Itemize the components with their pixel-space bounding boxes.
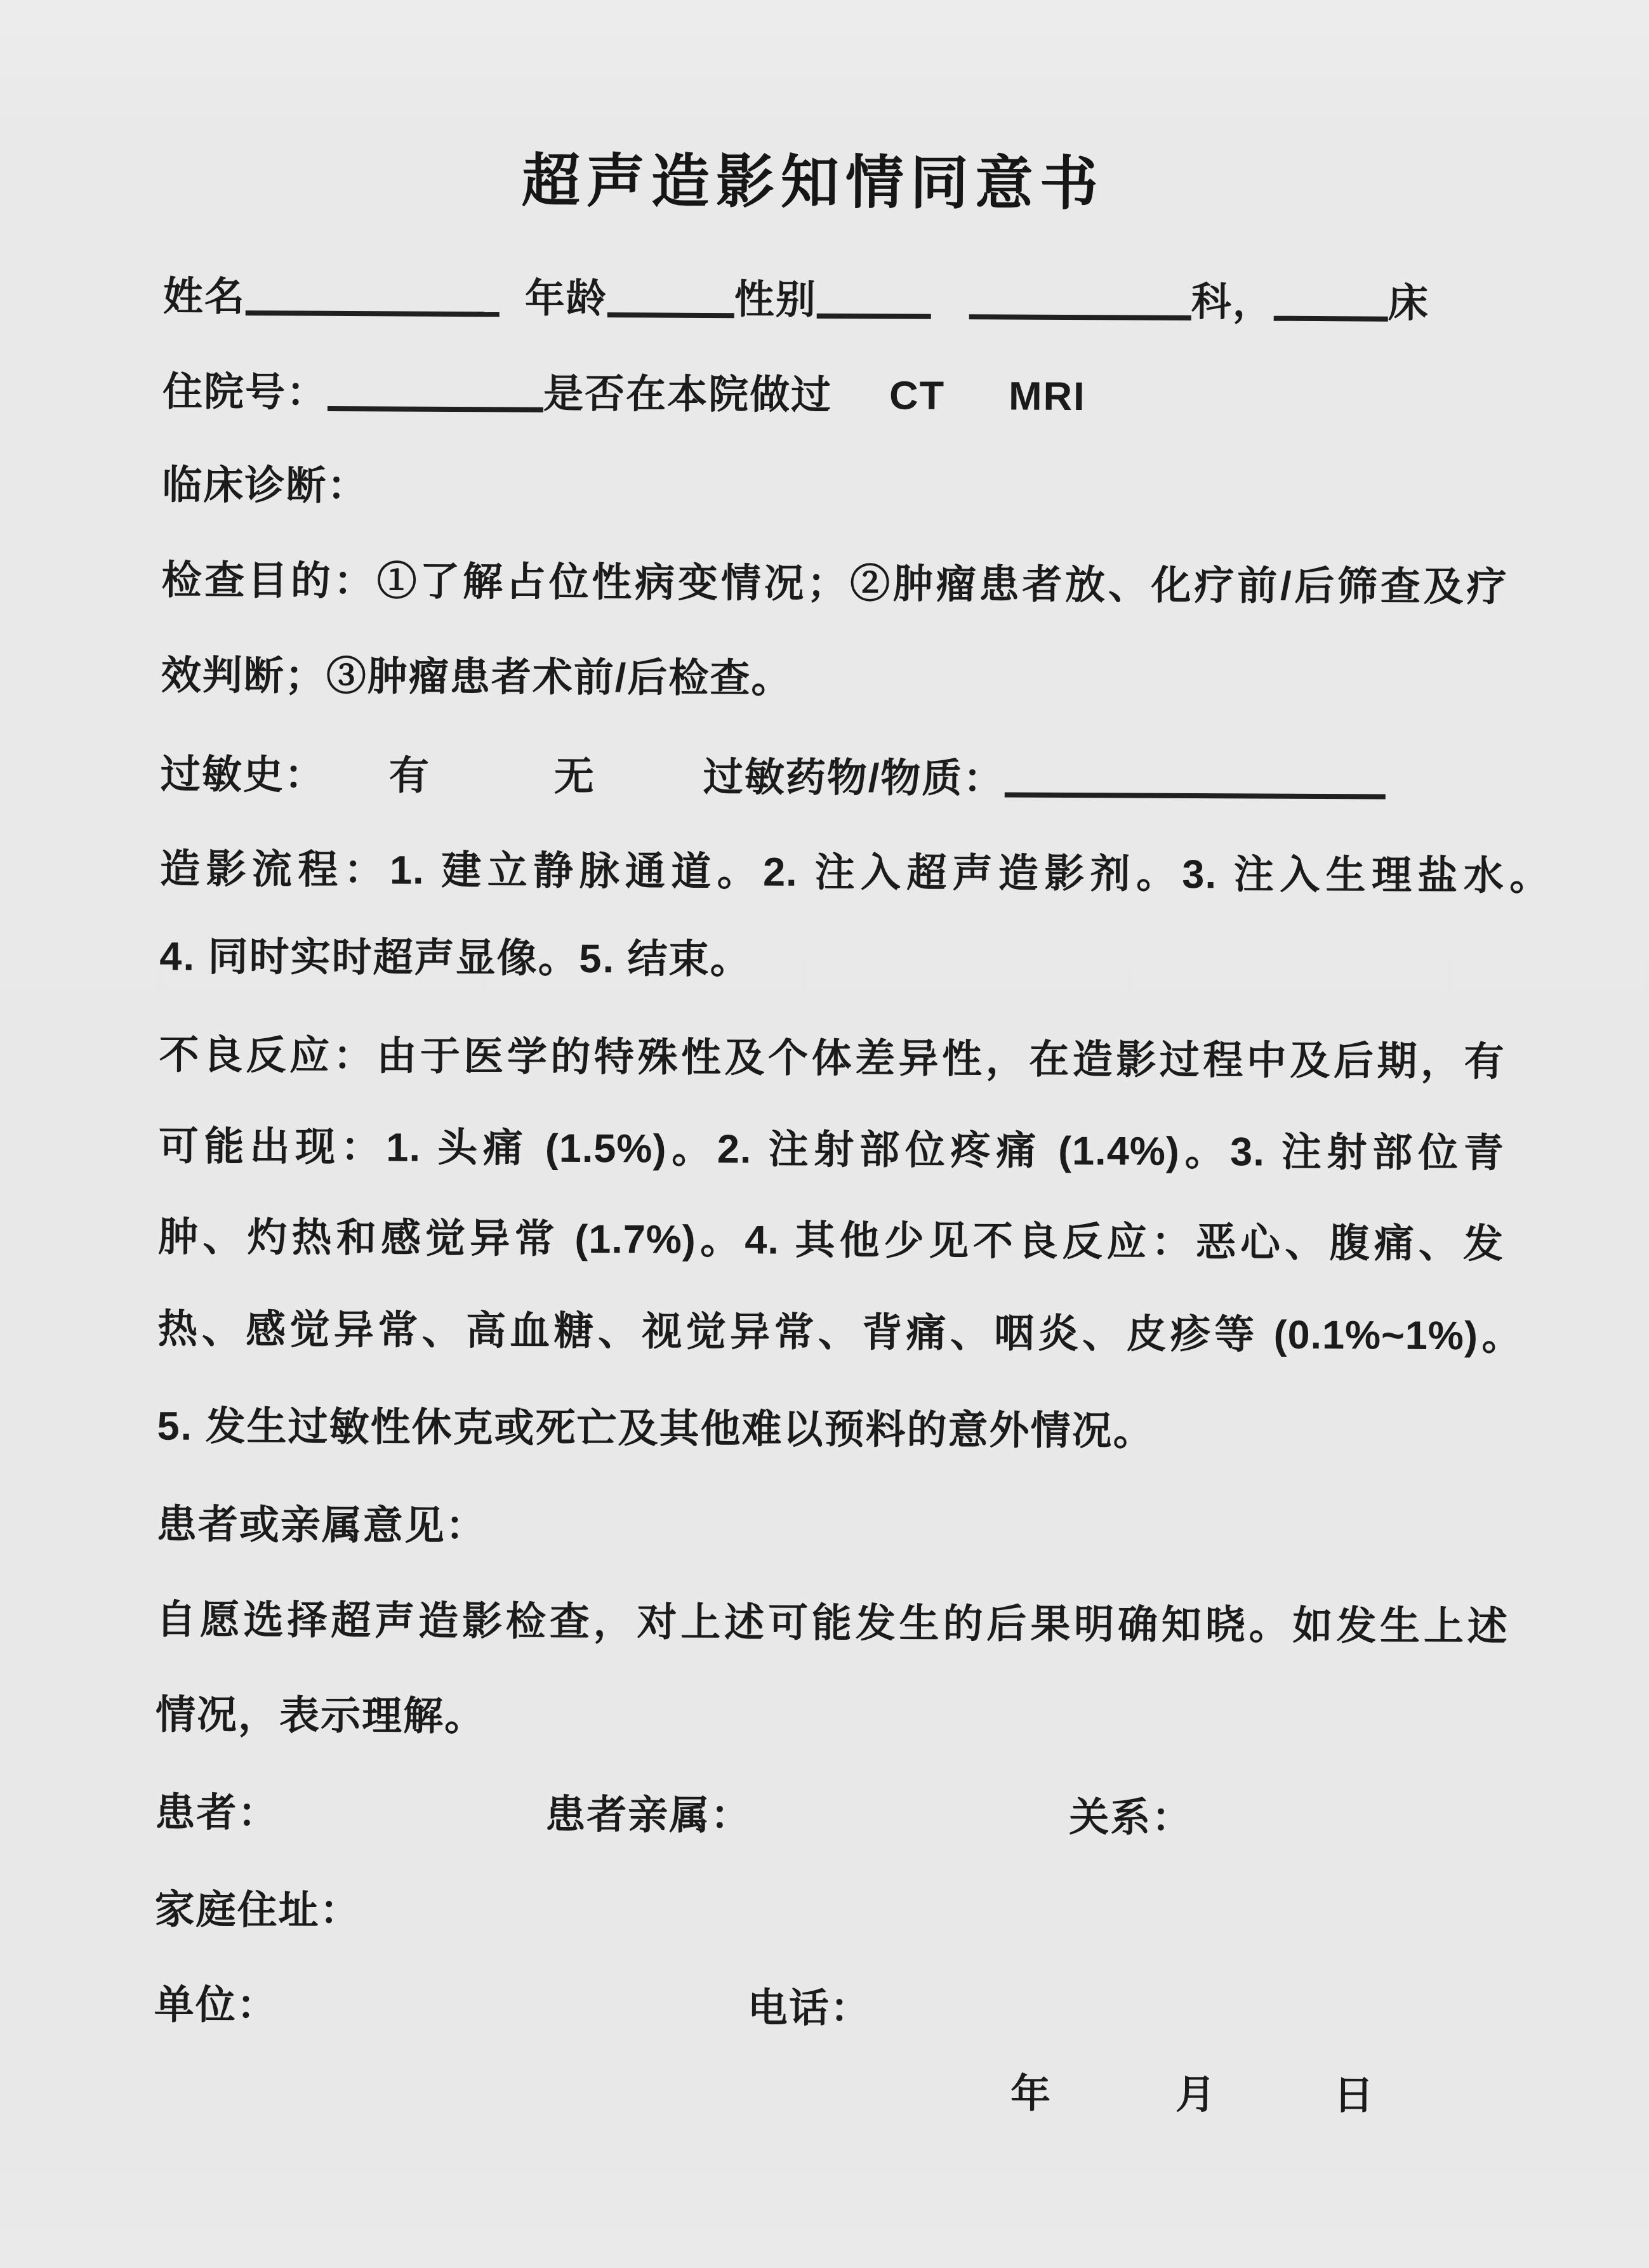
home-address-label: 家庭住址： (154, 1887, 361, 1933)
relation-label: 关系： (1069, 1795, 1193, 1840)
work-unit-label: 单位： (154, 1982, 278, 2027)
consent-text-2: 情况，表示理解。 (156, 1692, 486, 1739)
day-label: 日 (1334, 2073, 1375, 2118)
procedure-line-2: 4. 同时实时超声显像。5. 结束。 (159, 935, 751, 982)
adverse-text-4: 热、感觉异常、高血糖、视觉异常、背痛、咽炎、皮疹等 (0.1%~1%)。 (157, 1307, 1522, 1359)
relative-sign-label: 患者亲属： (545, 1793, 752, 1838)
procedure-text-1: 造影流程：1. 建立静脉通道。2. 注入超声造影剂。3. 注入生理盐水。 (160, 847, 1550, 899)
exam-purpose-line-1: 检查目的：①了解占位性病变情况；②肿瘤患者放、化疗前/后筛查及疗 (161, 558, 1507, 610)
adverse-text-3: 肿、灼热和感觉异常 (1.7%)。4. 其他少见不良反应：恶心、腹痛、发 (158, 1215, 1504, 1267)
spacer (1052, 2107, 1175, 2108)
procedure-line-1: 造影流程：1. 建立静脉通道。2. 注入超声造影剂。3. 注入生理盐水。 (160, 847, 1550, 899)
spacer (430, 789, 554, 790)
ct-option: CT (889, 374, 945, 418)
bed-label: 床 (1388, 281, 1429, 326)
allergy-yes-option: 有 (389, 753, 430, 798)
age-blank (607, 278, 734, 318)
prior-exam-question: 是否在本院做过 (543, 372, 832, 418)
document-body: 姓名年龄性别科，床住院号：是否在本院做过CTMRI临床诊断：检查目的：①了解占位… (6, 0, 1649, 4)
document-title: 超声造影知情同意书 (0, 131, 1638, 224)
mri-option: MRI (1009, 374, 1086, 419)
department-label: 科， (1191, 280, 1274, 325)
gender-blank (817, 279, 931, 319)
consent-line-2: 情况，表示理解。 (156, 1692, 486, 1739)
date-line: 年月日 (1010, 2072, 1375, 2119)
opinion-line: 患者或亲属意见： (157, 1502, 487, 1548)
unit-phone-line: 单位：电话： (154, 1982, 871, 2031)
department-blank (969, 280, 1191, 320)
allergy-substance-blank (1004, 758, 1385, 799)
allergy-substance-label: 过敏药物/物质： (703, 755, 1005, 801)
allergy-no-option: 无 (554, 755, 595, 799)
consent-line-1: 自愿选择超声造影检查，对上述可能发生的后果明确知晓。如发生上述 (156, 1597, 1508, 1649)
spacer (500, 311, 525, 312)
admission-no-blank (328, 372, 543, 412)
gender-label: 性别 (734, 277, 817, 322)
patient-sign-label: 患者： (155, 1790, 279, 1835)
signature-line: 患者：患者亲属：关系： (155, 1790, 1193, 1840)
exam-purpose-text-1: 检查目的：①了解占位性病变情况；②肿瘤患者放、化疗前/后筛查及疗 (161, 558, 1507, 610)
clinical-diagnosis-label: 临床诊断： (162, 463, 368, 509)
adverse-text-5: 5. 发生过敏性休克或死亡及其他难以预料的意外情况。 (157, 1404, 1154, 1454)
adverse-line-2: 可能出现：1. 头痛 (1.5%)。2. 注射部位疼痛 (1.4%)。3. 注射… (159, 1124, 1504, 1177)
phone-label: 电话： (748, 1986, 871, 2031)
adverse-line-4: 热、感觉异常、高血糖、视觉异常、背痛、咽炎、皮疹等 (0.1%~1%)。 (157, 1307, 1522, 1359)
adverse-text-1: 不良反应：由于医学的特殊性及个体差异性，在造影过程中及后期，有 (159, 1033, 1504, 1085)
spacer (326, 788, 389, 789)
adverse-text-2: 可能出现：1. 头痛 (1.5%)。2. 注射部位疼痛 (1.4%)。3. 注射… (159, 1124, 1504, 1176)
exam-purpose-line-2: 效判断；③肿瘤患者术前/后检查。 (161, 654, 793, 702)
spacer (931, 313, 969, 314)
spacer (279, 1826, 545, 1828)
spacer (278, 2019, 748, 2022)
patient-opinion-label: 患者或亲属意见： (157, 1502, 487, 1548)
page: 超声造影知情同意书 姓名年龄性别科，床住院号：是否在本院做过CTMRI临床诊断：… (0, 0, 1649, 2268)
name-label: 姓名 (163, 275, 246, 320)
allergy-history-label: 过敏史： (161, 753, 326, 798)
spacer (832, 408, 889, 409)
allergy-line: 过敏史：有无过敏药物/物质： (161, 749, 1386, 804)
month-label: 月 (1175, 2073, 1217, 2117)
adverse-line-1: 不良反应：由于医学的特殊性及个体差异性，在造影过程中及后期，有 (159, 1033, 1504, 1085)
spacer (1217, 2107, 1334, 2109)
home-address-line: 家庭住址： (154, 1887, 361, 1933)
consent-text-1: 自愿选择超声造影检查，对上述可能发生的后果明确知晓。如发生上述 (156, 1597, 1508, 1649)
adverse-line-5: 5. 发生过敏性休克或死亡及其他难以预料的意外情况。 (157, 1404, 1154, 1454)
adverse-line-3: 肿、灼热和感觉异常 (1.7%)。4. 其他少见不良反应：恶心、腹痛、发 (158, 1215, 1504, 1267)
spacer (945, 409, 1009, 410)
clinical-diagnosis-line: 临床诊断： (162, 463, 368, 509)
spacer (752, 1828, 1069, 1831)
admission-line: 住院号：是否在本院做过CTMRI (162, 366, 1086, 419)
patient-info-line: 姓名年龄性别科，床 (163, 271, 1429, 326)
name-blank (246, 276, 500, 317)
spacer (595, 789, 703, 791)
procedure-text-2: 4. 同时实时超声显像。5. 结束。 (159, 935, 751, 982)
age-label: 年龄 (525, 277, 607, 322)
consent-document: 超声造影知情同意书 姓名年龄性别科，床住院号：是否在本院做过CTMRI临床诊断：… (0, 0, 1649, 2268)
exam-purpose-text-2: 效判断；③肿瘤患者术前/后检查。 (161, 654, 793, 701)
admission-no-label: 住院号： (162, 370, 328, 415)
year-label: 年 (1010, 2072, 1052, 2116)
bed-blank (1274, 282, 1388, 322)
